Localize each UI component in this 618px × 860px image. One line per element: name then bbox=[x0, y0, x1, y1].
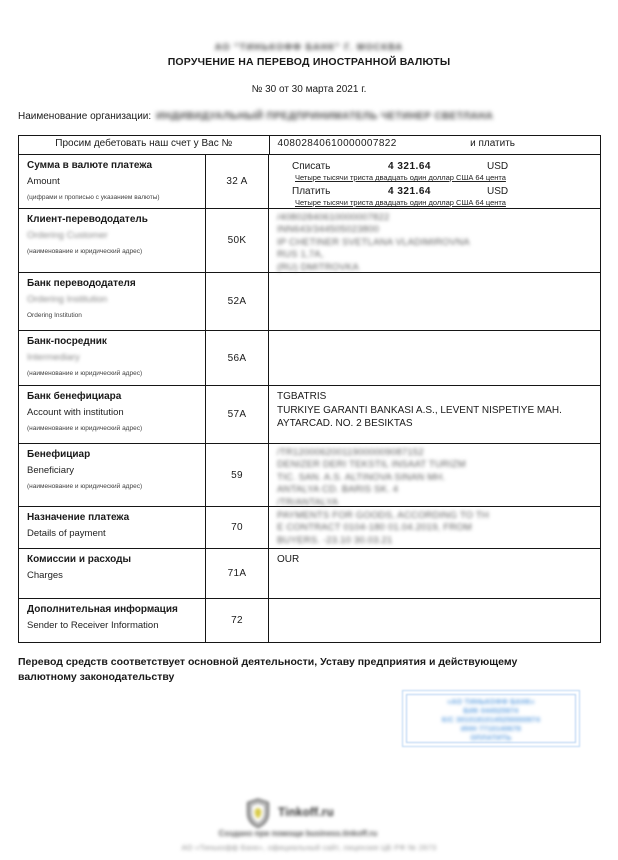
intermediary-label-ru: Банк-посредник bbox=[27, 336, 199, 348]
details-label-ru: Назначение платежа bbox=[27, 512, 199, 524]
table-row-sender-to-receiver: Дополнительная информация Sender to Rece… bbox=[19, 598, 600, 642]
bank-name-blurred: АО "ТИНЬКОФФ БАНК" Г. МОСКВА bbox=[0, 42, 618, 52]
blurred-content-line: /TR120006200119000009087152 bbox=[277, 447, 594, 459]
pay-amount-words: Четыре тысячи триста двадцать один долла… bbox=[295, 198, 594, 208]
intermediary-note: (наименование и юридический адрес) bbox=[27, 370, 199, 378]
sender-receiver-label-cell: Дополнительная информация Sender to Rece… bbox=[19, 599, 206, 642]
ordering-customer-content-cell: /40802840610000007822 INN643/34450502380… bbox=[269, 209, 600, 272]
details-label-cell: Назначение платежа Details of payment bbox=[19, 507, 206, 548]
stamp-line-blurred: БИК 044525974 bbox=[407, 707, 575, 716]
stamp-line-blurred: ОПЛАТИТЬ bbox=[407, 734, 575, 743]
payment-order-table: Просим дебетовать наш счет у Вас № 40802… bbox=[18, 135, 601, 643]
beneficiary-bank-name-address: TURKIYE GARANTI BANKASI A.S., LEVENT NIS… bbox=[277, 404, 594, 431]
beneficiary-label-en: Beneficiary bbox=[27, 465, 199, 476]
document-number: № 30 от 30 марта 2021 г. bbox=[0, 84, 618, 95]
debit-amount-line: Списать 4 321.64 USD bbox=[277, 160, 594, 173]
tinkoff-logo-row: Tinkoff.ru bbox=[0, 798, 599, 828]
ordering-customer-label-cell: Клиент-перевододатель Ordering Customer … bbox=[19, 209, 206, 272]
ordering-institution-label-cell: Банк перевододателя Ordering Institution… bbox=[19, 273, 206, 330]
tinkoff-shield-icon bbox=[246, 798, 270, 828]
account-number: 40802840610000007822 bbox=[278, 136, 397, 154]
beneficiary-content-cell: /TR120006200119000009087152 DENIZER DERI… bbox=[269, 444, 600, 506]
table-row-details-of-payment: Назначение платежа Details of payment 70… bbox=[19, 506, 600, 548]
blurred-content-line: /TR/ANTALYA bbox=[277, 497, 594, 509]
debit-amount-words: Четыре тысячи триста двадцать один долла… bbox=[295, 173, 594, 183]
and-pay-label: и платить bbox=[470, 136, 515, 154]
beneficiary-label-cell: Бенефициар Beneficiary (наименование и ю… bbox=[19, 444, 206, 506]
swift-code-59: 59 bbox=[206, 444, 269, 506]
stamp-line-blurred: «АО ТИНЬКОФФ БАНК» bbox=[407, 698, 575, 707]
amount-label-cell: Сумма в валюте платежа Amount (цифрами и… bbox=[19, 155, 206, 208]
debit-amount-label: Списать bbox=[292, 160, 367, 173]
ordering-institution-label-en-blurred: Ordering Institution bbox=[27, 294, 199, 305]
blurred-content-line: INN643/344505023800 bbox=[277, 224, 594, 236]
organization-line: Наименование организации:ИНДИВИДУАЛЬНЫЙ … bbox=[18, 111, 493, 122]
beneficiary-bank-label-ru: Банк бенефициара bbox=[27, 391, 199, 403]
table-row-ordering-customer: Клиент-перевододатель Ordering Customer … bbox=[19, 208, 600, 272]
intermediary-content-cell bbox=[269, 331, 600, 385]
debit-request-label: Просим дебетовать наш счет у Вас № bbox=[19, 136, 270, 154]
amount-content-cell: Списать 4 321.64 USD Четыре тысячи трист… bbox=[269, 155, 600, 208]
blurred-content-line: BUYERS. -23.10 30.03.21 bbox=[277, 535, 594, 547]
debit-amount-value: 4 321.64 bbox=[367, 160, 452, 173]
charges-label-en: Charges bbox=[27, 570, 199, 581]
intermediary-label-en-blurred: Intermediary bbox=[27, 352, 199, 363]
swift-code-72: 72 bbox=[206, 599, 269, 642]
ordering-customer-label-ru: Клиент-перевододатель bbox=[27, 214, 199, 226]
table-row-amount: Сумма в валюте платежа Amount (цифрами и… bbox=[19, 154, 600, 208]
blurred-content-line: E CONTRACT 0104-180 01.04.2019, FROM bbox=[277, 522, 594, 534]
ordering-customer-label-en-blurred: Ordering Customer bbox=[27, 230, 199, 241]
compliance-statement: Перевод средств соответствует основной д… bbox=[18, 655, 517, 685]
debit-account-cell: 40802840610000007822 и платить bbox=[270, 136, 601, 154]
beneficiary-bank-label-cell: Банк бенефициара Account with institutio… bbox=[19, 386, 206, 443]
swift-code-57a: 57A bbox=[206, 386, 269, 443]
charges-label-ru: Комиссии и расходы bbox=[27, 554, 199, 566]
document-title: ПОРУЧЕНИЕ НА ПЕРЕВОД ИНОСТРАННОЙ ВАЛЮТЫ bbox=[0, 56, 618, 68]
amount-label-note: (цифрами и прописью с указанием валюты) bbox=[27, 194, 199, 202]
blurred-content-line: PAYMENTS FOR GOODS, ACCORDING TO TH bbox=[277, 510, 594, 522]
beneficiary-bank-swift: TGBATRIS bbox=[277, 389, 594, 404]
beneficiary-bank-label-en: Account with institution bbox=[27, 407, 199, 418]
bank-stamp-inner-border: «АО ТИНЬКОФФ БАНК» БИК 044525974 К/С 301… bbox=[406, 694, 576, 743]
pay-amount-label: Платить bbox=[292, 185, 367, 198]
table-row-beneficiary: Бенефициар Beneficiary (наименование и ю… bbox=[19, 443, 600, 506]
swift-code-56a: 56A bbox=[206, 331, 269, 385]
compliance-statement-line2: валютному законодательству bbox=[18, 670, 517, 685]
bank-stamp: «АО ТИНЬКОФФ БАНК» БИК 044525974 К/С 301… bbox=[402, 690, 580, 747]
sender-receiver-label-en: Sender to Receiver Information bbox=[27, 620, 199, 631]
ordering-institution-content-cell bbox=[269, 273, 600, 330]
details-content-cell: PAYMENTS FOR GOODS, ACCORDING TO TH E CO… bbox=[269, 507, 600, 548]
pay-amount-currency: USD bbox=[487, 185, 508, 198]
table-row-charges: Комиссии и расходы Charges 71A OUR bbox=[19, 548, 600, 598]
ordering-institution-note: Ordering Institution bbox=[27, 312, 199, 320]
pay-amount-line: Платить 4 321.64 USD bbox=[277, 185, 594, 198]
table-row-intermediary: Банк-посредник Intermediary (наименовани… bbox=[19, 330, 600, 385]
beneficiary-bank-content-cell: TGBATRIS TURKIYE GARANTI BANKASI A.S., L… bbox=[269, 386, 600, 443]
swift-code-71a: 71A bbox=[206, 549, 269, 598]
ordering-customer-note: (наименование и юридический адрес) bbox=[27, 248, 199, 256]
created-with-line-blurred: Создано при помощи business.tinkoff.ru bbox=[0, 829, 607, 838]
charges-value: OUR bbox=[277, 552, 594, 567]
blurred-content-line: /40802840610000007822 bbox=[277, 212, 594, 224]
beneficiary-bank-note: (наименование и юридический адрес) bbox=[27, 425, 199, 433]
sender-receiver-content-cell bbox=[269, 599, 600, 642]
swift-code-70: 70 bbox=[206, 507, 269, 548]
sender-receiver-label-ru: Дополнительная информация bbox=[27, 604, 199, 616]
amount-label-ru: Сумма в валюте платежа bbox=[27, 160, 199, 172]
blurred-content-line: ANTALYA CD. BARIS SK. 4 bbox=[277, 484, 594, 496]
swift-code-50k: 50K bbox=[206, 209, 269, 272]
blurred-content-line: RUS 1,7A, bbox=[277, 249, 594, 261]
swift-code-32a: 32 A bbox=[206, 155, 269, 208]
organization-value-blurred: ИНДИВИДУАЛЬНЫЙ ПРЕДПРИНИМАТЕЛЬ ЧЕТИНЕР С… bbox=[156, 111, 493, 122]
table-row-beneficiary-bank: Банк бенефициара Account with institutio… bbox=[19, 385, 600, 443]
beneficiary-note: (наименование и юридический адрес) bbox=[27, 483, 199, 491]
compliance-statement-line1: Перевод средств соответствует основной д… bbox=[18, 655, 517, 670]
blurred-content-line: IP CHETINER SVETLANA VLADIMIROVNA bbox=[277, 237, 594, 249]
charges-label-cell: Комиссии и расходы Charges bbox=[19, 549, 206, 598]
tinkoff-logo-text-blurred: Tinkoff.ru bbox=[278, 807, 334, 819]
payment-order-document: АО "ТИНЬКОФФ БАНК" Г. МОСКВА ПОРУЧЕНИЕ Н… bbox=[0, 0, 618, 860]
charges-content-cell: OUR bbox=[269, 549, 600, 598]
beneficiary-label-ru: Бенефициар bbox=[27, 449, 199, 461]
debit-amount-currency: USD bbox=[487, 160, 508, 173]
blurred-content-line: TIC. SAN. A.S. ALTINOVA SINAN MH. bbox=[277, 472, 594, 484]
stamp-line-blurred: ИНН 7710140679 bbox=[407, 725, 575, 734]
stamp-line-blurred: К/С 30101810145250000974 bbox=[407, 716, 575, 725]
table-row-ordering-institution: Банк перевододателя Ordering Institution… bbox=[19, 272, 600, 330]
blurred-content-line: (RU) DMITROVKA bbox=[277, 262, 594, 274]
organization-label: Наименование организации: bbox=[18, 111, 151, 122]
details-label-en: Details of payment bbox=[27, 528, 199, 539]
table-row-debit-account: Просим дебетовать наш счет у Вас № 40802… bbox=[19, 136, 600, 154]
blurred-content-line: DENIZER DERI TEKSTIL INSAAT TURIZM bbox=[277, 459, 594, 471]
bank-license-line-blurred: АО «Тинькофф Банк», официальный сайт, ли… bbox=[0, 843, 618, 852]
ordering-institution-label-ru: Банк перевододателя bbox=[27, 278, 199, 290]
intermediary-label-cell: Банк-посредник Intermediary (наименовани… bbox=[19, 331, 206, 385]
amount-label-en: Amount bbox=[27, 176, 199, 187]
pay-amount-value: 4 321.64 bbox=[367, 185, 452, 198]
swift-code-52a: 52A bbox=[206, 273, 269, 330]
